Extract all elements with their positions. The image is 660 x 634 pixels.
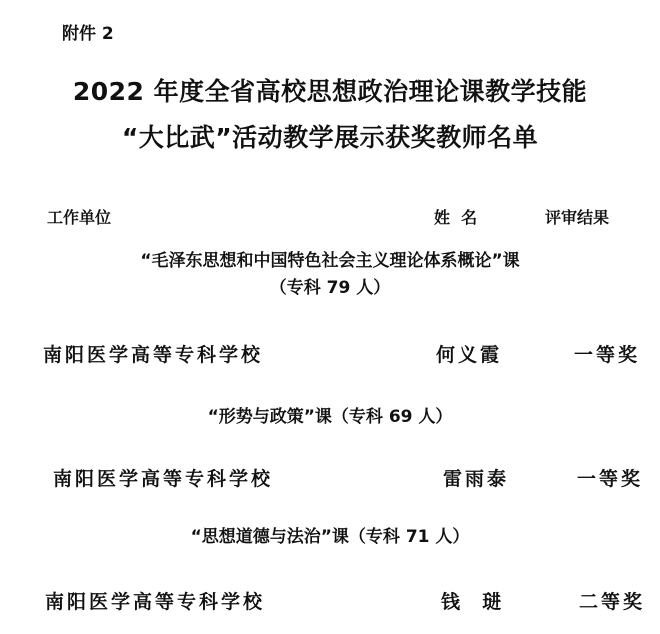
document-title-line2: “大比武”活动教学展示获奖教师名单 <box>0 118 660 154</box>
entry-unit: 南阳医学高等专科学校 <box>43 340 263 367</box>
column-header-unit: 工作单位 <box>47 205 111 228</box>
entry-result: 一等奖 <box>577 464 643 491</box>
section-title-course-1: “毛泽东思想和中国特色社会主义理论体系概论”课 <box>0 246 660 271</box>
document-title-line1: 2022 年度全省高校思想政治理论课教学技能 <box>0 72 660 108</box>
entry-name: 雷雨泰 <box>443 464 509 491</box>
column-header-name: 姓 名 <box>434 205 477 228</box>
section-count-course-1: （专科 79 人） <box>0 273 660 298</box>
entry-name: 钱 琎 <box>441 587 504 614</box>
entry-name: 何义霞 <box>436 340 502 367</box>
section-title-course-3: “思想道德与法治”课（专科 71 人） <box>0 522 660 547</box>
entry-result: 一等奖 <box>574 340 640 367</box>
column-header-result: 评审结果 <box>545 205 609 228</box>
section-title-course-2: “形势与政策”课（专科 69 人） <box>0 402 660 427</box>
entry-unit: 南阳医学高等专科学校 <box>53 464 273 491</box>
attachment-label: 附件 2 <box>62 19 114 44</box>
entry-unit: 南阳医学高等专科学校 <box>45 587 265 614</box>
entry-result: 二等奖 <box>579 587 645 614</box>
